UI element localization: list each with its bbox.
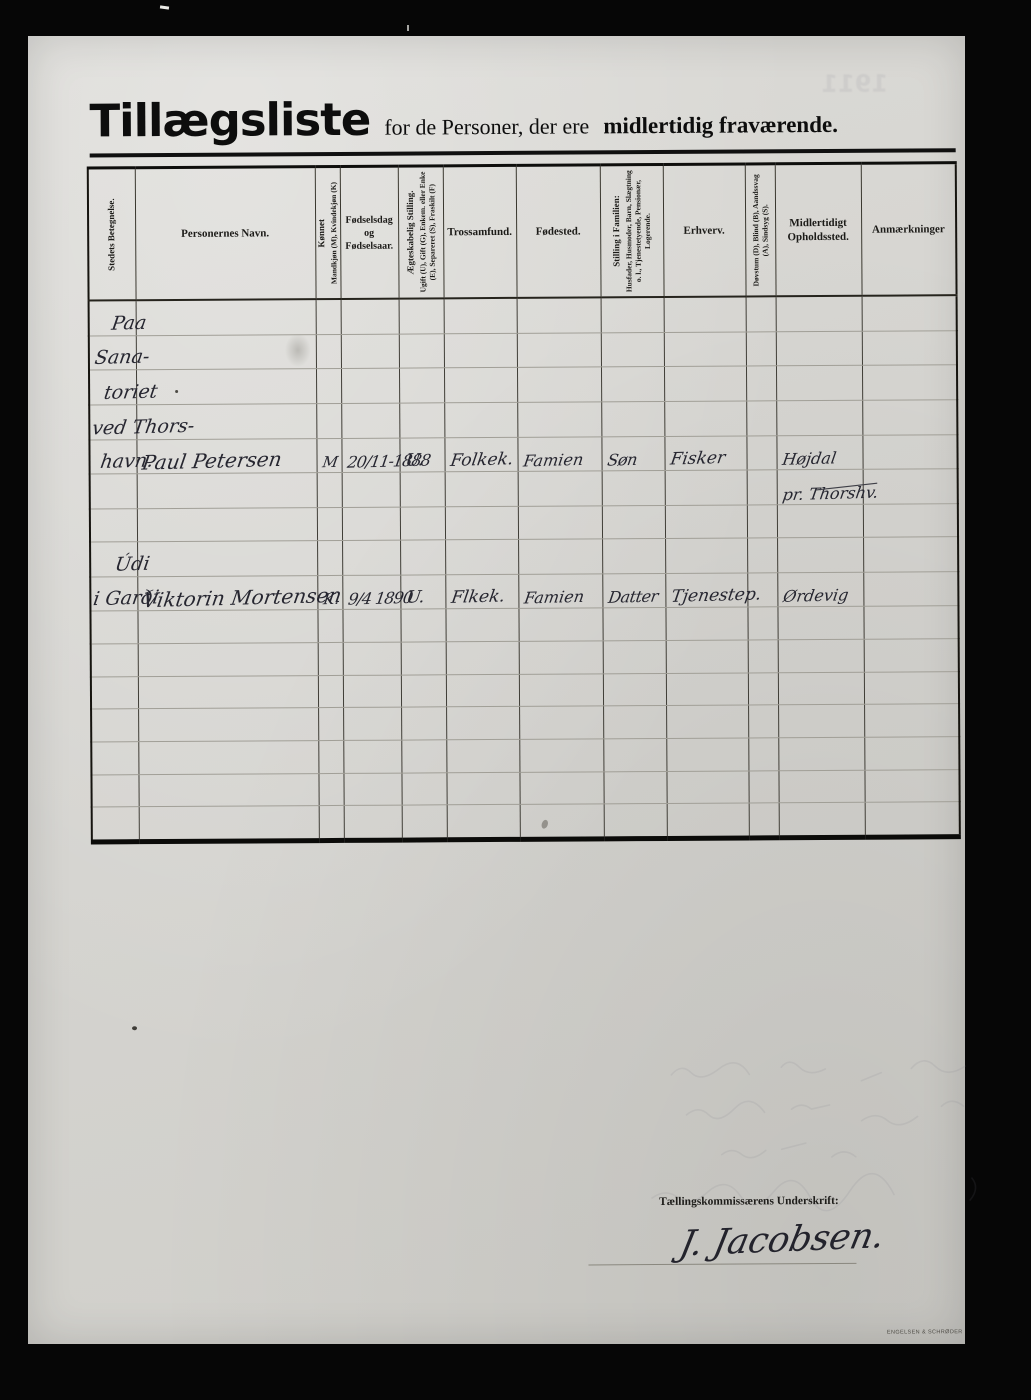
table-cell <box>136 369 316 405</box>
table-row: Sana- <box>89 330 957 370</box>
table-cell <box>776 366 862 401</box>
table-cell <box>446 707 519 740</box>
table-cell <box>445 609 518 642</box>
table-cell <box>778 737 864 770</box>
table-cell <box>666 771 748 804</box>
table-cell <box>317 508 342 541</box>
table-cell <box>747 538 777 573</box>
table-cell <box>601 297 664 333</box>
header-label: Stedets Betegnelse. <box>106 198 118 271</box>
table-cell <box>518 471 602 506</box>
table-cell <box>342 540 400 575</box>
table-cell <box>401 707 446 740</box>
header-erhverv: Erhverv. <box>663 164 746 297</box>
table-cell <box>776 331 862 366</box>
header-personernes-navn: Personernes Navn. <box>135 167 316 301</box>
table-cell <box>343 740 401 773</box>
table-cell <box>519 641 603 674</box>
table-cell <box>318 642 343 675</box>
handwritten-entry: U. <box>399 438 444 473</box>
table-cell <box>400 472 445 507</box>
table-cell <box>778 639 864 672</box>
table-cell <box>138 741 318 775</box>
table-cell <box>748 770 778 803</box>
table-cell <box>601 402 664 437</box>
handwritten-entry: Viktorin Mortensen <box>137 575 317 611</box>
table-row: toriet <box>89 365 957 405</box>
table-cell <box>748 640 778 673</box>
table-cell <box>862 330 957 365</box>
table-cell <box>749 803 779 838</box>
table-cell <box>91 644 138 677</box>
table-cell <box>92 807 139 842</box>
table-cell <box>777 537 863 572</box>
table-cell <box>317 610 342 643</box>
table-cell <box>667 803 749 838</box>
table-row: pr. Thorshv.— <box>90 469 958 509</box>
table-cell <box>776 296 862 332</box>
header-label: Ægteskabelig Stilling. <box>404 190 416 274</box>
table-cell <box>778 705 864 738</box>
table-cell <box>603 673 666 706</box>
table-cell <box>90 474 137 509</box>
table-cell <box>318 675 343 708</box>
handwritten-entry: Paul Petersen <box>136 438 316 474</box>
table-cell <box>602 538 665 573</box>
header-midlertidigt-opholdssted: Midlertidigt Opholdssted. <box>775 163 862 296</box>
table-cell <box>862 400 957 435</box>
table-cell <box>864 737 959 770</box>
ink-dot <box>132 1026 137 1030</box>
table-cell <box>444 368 517 403</box>
table-cell <box>746 331 776 366</box>
table-cell <box>748 672 778 705</box>
table-cell <box>139 806 319 842</box>
table-cell <box>776 400 862 435</box>
table-cell <box>517 297 601 333</box>
table-cell <box>401 642 446 675</box>
handwritten-entry: Højdal <box>776 435 862 470</box>
handwritten-entry: Sana- <box>89 335 136 370</box>
handwritten-entry: i Garði <box>90 576 137 611</box>
table-cell <box>446 772 519 805</box>
table-cell <box>748 705 778 738</box>
table-cell <box>401 674 446 707</box>
paper-sheet: 1911 Tillægsliste for de Personer, der e… <box>28 36 965 1344</box>
handwritten-entry: 9/4 1890 <box>342 575 400 610</box>
table-cell <box>520 804 604 839</box>
table-cell <box>666 640 748 673</box>
table-cell <box>138 675 318 709</box>
signature-label: Tællingskommissærens Underskrift: <box>659 1195 839 1208</box>
table-cell <box>602 471 665 506</box>
scanned-census-page: 1911 Tillægsliste for de Personer, der e… <box>0 0 1031 1400</box>
page-title: Tillægsliste for de Personer, der ere mi… <box>89 93 955 143</box>
handwritten-entry: Fisker <box>664 436 746 471</box>
table-row <box>91 671 959 709</box>
table-cell <box>665 470 747 505</box>
table-cell <box>137 610 317 644</box>
header-label: Trossamfund. <box>445 225 515 240</box>
table-cell <box>518 608 602 641</box>
table-cell <box>747 470 777 505</box>
table-cell <box>317 540 342 575</box>
title-subtitle: for de Personer, der ere <box>384 113 589 140</box>
table-cell <box>865 802 960 837</box>
table-cell <box>343 642 401 675</box>
signature-handwritten: J. Jacobsen. <box>676 1216 888 1265</box>
scan-speck <box>407 25 409 31</box>
table-cell <box>138 642 318 676</box>
table-cell <box>664 296 746 332</box>
table-cell <box>601 332 664 367</box>
signature-line <box>588 1263 856 1266</box>
table-row: Paa <box>89 295 957 335</box>
table-cell <box>519 771 603 804</box>
header-label: Erhverv. <box>665 223 744 238</box>
handwritten-entry: Paa <box>89 300 136 335</box>
table-cell <box>399 368 444 403</box>
header-label: Stilling i Familien: <box>611 195 623 267</box>
table-cell <box>344 805 402 840</box>
table-cell <box>864 671 959 704</box>
handwritten-entry: M <box>316 438 341 473</box>
table-cell <box>318 708 343 741</box>
table-cell <box>863 504 958 537</box>
table-cell <box>746 436 776 471</box>
table-cell <box>517 333 601 368</box>
table-cell <box>342 473 400 508</box>
handwritten-entry: Flkek. <box>445 574 518 609</box>
table-cell <box>91 742 138 775</box>
table-cell <box>342 609 400 642</box>
table-cell <box>318 773 343 806</box>
header-sublabel: Husfader, Husmoder, Barn, Slægtning o. l… <box>624 170 653 292</box>
table-cell <box>665 607 747 640</box>
header-anmaerkninger: Anmærkninger <box>861 163 957 296</box>
header-stedets-betegnelse: Stedets Betegnelse. <box>88 168 136 301</box>
table-cell <box>316 404 341 439</box>
table-cell <box>519 706 603 739</box>
table-cell <box>664 366 746 401</box>
header-stilling-i-familien: Stilling i Familien: Husfader, Husmoder,… <box>600 164 664 297</box>
table-cell <box>665 538 747 573</box>
table-cell <box>746 366 776 401</box>
table-cell <box>666 673 748 706</box>
table-row <box>91 769 959 807</box>
table-cell <box>664 401 746 436</box>
table-cell <box>863 606 958 639</box>
printer-imprint: ENGELSEN & SCHRØDER <box>887 1329 963 1335</box>
census-table: Stedets Betegnelse. Personernes Navn. Kø… <box>87 161 961 844</box>
table-cell <box>864 769 959 802</box>
handwritten-entry: Søn <box>601 436 664 471</box>
table-cell <box>138 708 318 742</box>
table-row: havn.Paul PetersenM20/11-1888U.Folkek.Fa… <box>89 434 957 474</box>
table-cell <box>445 472 518 507</box>
table-cell <box>341 403 399 438</box>
table-cell <box>517 367 601 402</box>
table-cell <box>747 505 777 538</box>
table-cell <box>399 298 444 333</box>
table-cell <box>319 806 344 841</box>
header-aegteskabelig-stilling: Ægteskabelig Stilling. Ugift (U), Gift (… <box>398 166 444 299</box>
handwritten-entry: U. <box>400 574 445 609</box>
table-cell <box>138 773 318 807</box>
table-cell <box>862 365 957 400</box>
scan-speck <box>160 5 169 9</box>
title-main: Tillægsliste <box>89 97 370 144</box>
table-cell <box>602 506 665 539</box>
table-cell <box>91 676 138 709</box>
table-cell <box>91 774 138 807</box>
table-cell <box>399 403 444 438</box>
handwritten-entry: Folkek. <box>444 437 517 472</box>
table-cell <box>402 805 447 840</box>
table-cell <box>136 299 316 335</box>
table-cell <box>137 540 317 576</box>
table-row: ved Thors- <box>89 400 957 440</box>
header-label: Fødested. <box>518 224 599 239</box>
table-cell <box>517 402 601 437</box>
table-cell <box>664 332 746 367</box>
table-cell <box>137 473 317 509</box>
table-cell <box>746 401 776 436</box>
table-cell <box>748 738 778 771</box>
header-label: Anmærkninger <box>863 222 955 237</box>
table-cell <box>446 674 519 707</box>
table-cell <box>779 803 865 838</box>
handwritten-entry: Famien <box>518 573 602 608</box>
header-label: Midlertidigt Opholdssted. <box>777 215 860 244</box>
header-doevstum: Døvstum (D), Blind (B), Aandssvag (A), S… <box>745 164 776 297</box>
table-cell <box>341 299 399 335</box>
title-subtitle-bold: midlertidig fraværende. <box>603 112 838 139</box>
table-cell <box>778 770 864 803</box>
table-cell <box>446 641 519 674</box>
table-cell <box>603 771 666 804</box>
table-cell <box>137 508 317 542</box>
header-foedested: Fødested. <box>516 165 601 298</box>
table-cell <box>602 608 665 641</box>
table-cell <box>341 368 399 403</box>
table-cell <box>518 539 602 574</box>
table-cell <box>136 334 316 370</box>
handwritten-entry: Tjenestep. <box>665 572 747 607</box>
table-cell <box>863 536 958 571</box>
table-cell <box>603 738 666 771</box>
handwritten-entry: Údi <box>90 542 137 577</box>
table-row: i GarðiViktorin MortensenK.9/4 1890U.Flk… <box>90 571 958 611</box>
table-cell <box>518 506 602 539</box>
table-cell <box>316 299 341 334</box>
handwritten-entry: Ørdevig <box>777 572 863 607</box>
table-row <box>91 639 959 677</box>
header-label: Personernes Navn. <box>137 226 314 241</box>
handwritten-entry: ved Thors- <box>89 405 136 440</box>
table-cell <box>316 334 341 369</box>
table-cell <box>343 707 401 740</box>
table-body: PaaSana-torietved Thors-havn.Paul Peters… <box>89 295 960 842</box>
header-label: Kønnet <box>316 219 327 248</box>
table-cell <box>862 295 957 331</box>
table-cell <box>316 369 341 404</box>
header-row: Stedets Betegnelse. Personernes Navn. Kø… <box>88 163 957 301</box>
table-cell <box>401 740 446 773</box>
table-cell <box>399 334 444 369</box>
header-sublabel: Mandkjøn (M), Kvindekjøn (K) <box>329 182 339 284</box>
table-cell <box>747 607 777 640</box>
table-cell <box>601 367 664 402</box>
table-row: Údi <box>90 536 958 576</box>
header-koennet: Kønnet Mandkjøn (M), Kvindekjøn (K) <box>315 166 341 299</box>
handwritten-entry: Datter <box>602 573 665 608</box>
handwritten-entry: havn. <box>89 439 136 474</box>
header-sublabel: Døvstum (D), Blind (B), Aandssvag (A), S… <box>750 169 769 291</box>
table-cell <box>665 505 747 538</box>
table-cell <box>341 334 399 369</box>
table-cell <box>445 506 518 539</box>
table-cell <box>446 739 519 772</box>
table-cell <box>777 606 863 639</box>
table-cell <box>400 507 445 540</box>
handwritten-entry: 20/11-1888 <box>341 438 399 473</box>
table-cell <box>90 509 137 542</box>
table-cell <box>603 706 666 739</box>
table-cell <box>90 611 137 644</box>
header-trossamfund: Trossamfund. <box>443 165 517 298</box>
header-label: Fødselsdag og Fødselsaar. <box>342 213 397 252</box>
table-cell <box>604 804 667 839</box>
table-cell <box>401 772 446 805</box>
table-row <box>90 504 958 542</box>
table-cell <box>777 504 863 537</box>
table-cell <box>862 434 957 469</box>
table-cell <box>400 609 445 642</box>
table-cell <box>343 773 401 806</box>
handwritten-entry: toriet <box>89 370 136 405</box>
table-cell <box>318 740 343 773</box>
table-cell <box>444 333 517 368</box>
table-cell <box>91 709 138 742</box>
table-cell <box>343 675 401 708</box>
handwritten-entry: Famien <box>517 437 601 472</box>
header-sublabel: Ugift (U), Gift (G), Enkem. eller Enke (… <box>418 171 437 293</box>
table-row <box>92 802 960 842</box>
table-cell <box>519 673 603 706</box>
table-cell <box>400 540 445 575</box>
table-row <box>91 704 959 742</box>
table-cell <box>863 571 958 606</box>
table-row <box>90 606 958 644</box>
table-cell <box>864 639 959 672</box>
table-cell <box>864 704 959 737</box>
table-cell <box>746 296 776 331</box>
table-cell <box>666 705 748 738</box>
header-foedselsdag: Fødselsdag og Fødselsaar. <box>340 166 399 299</box>
table-cell <box>778 672 864 705</box>
table-cell <box>317 473 342 508</box>
table-cell <box>342 507 400 540</box>
table-row <box>91 737 959 775</box>
table-cell <box>519 739 603 772</box>
table-cell <box>444 402 517 437</box>
table-cell <box>445 539 518 574</box>
title-underline <box>90 148 956 157</box>
table-cell <box>444 298 517 334</box>
table-cell <box>666 738 748 771</box>
table-cell <box>447 805 520 840</box>
table-cell <box>603 640 666 673</box>
